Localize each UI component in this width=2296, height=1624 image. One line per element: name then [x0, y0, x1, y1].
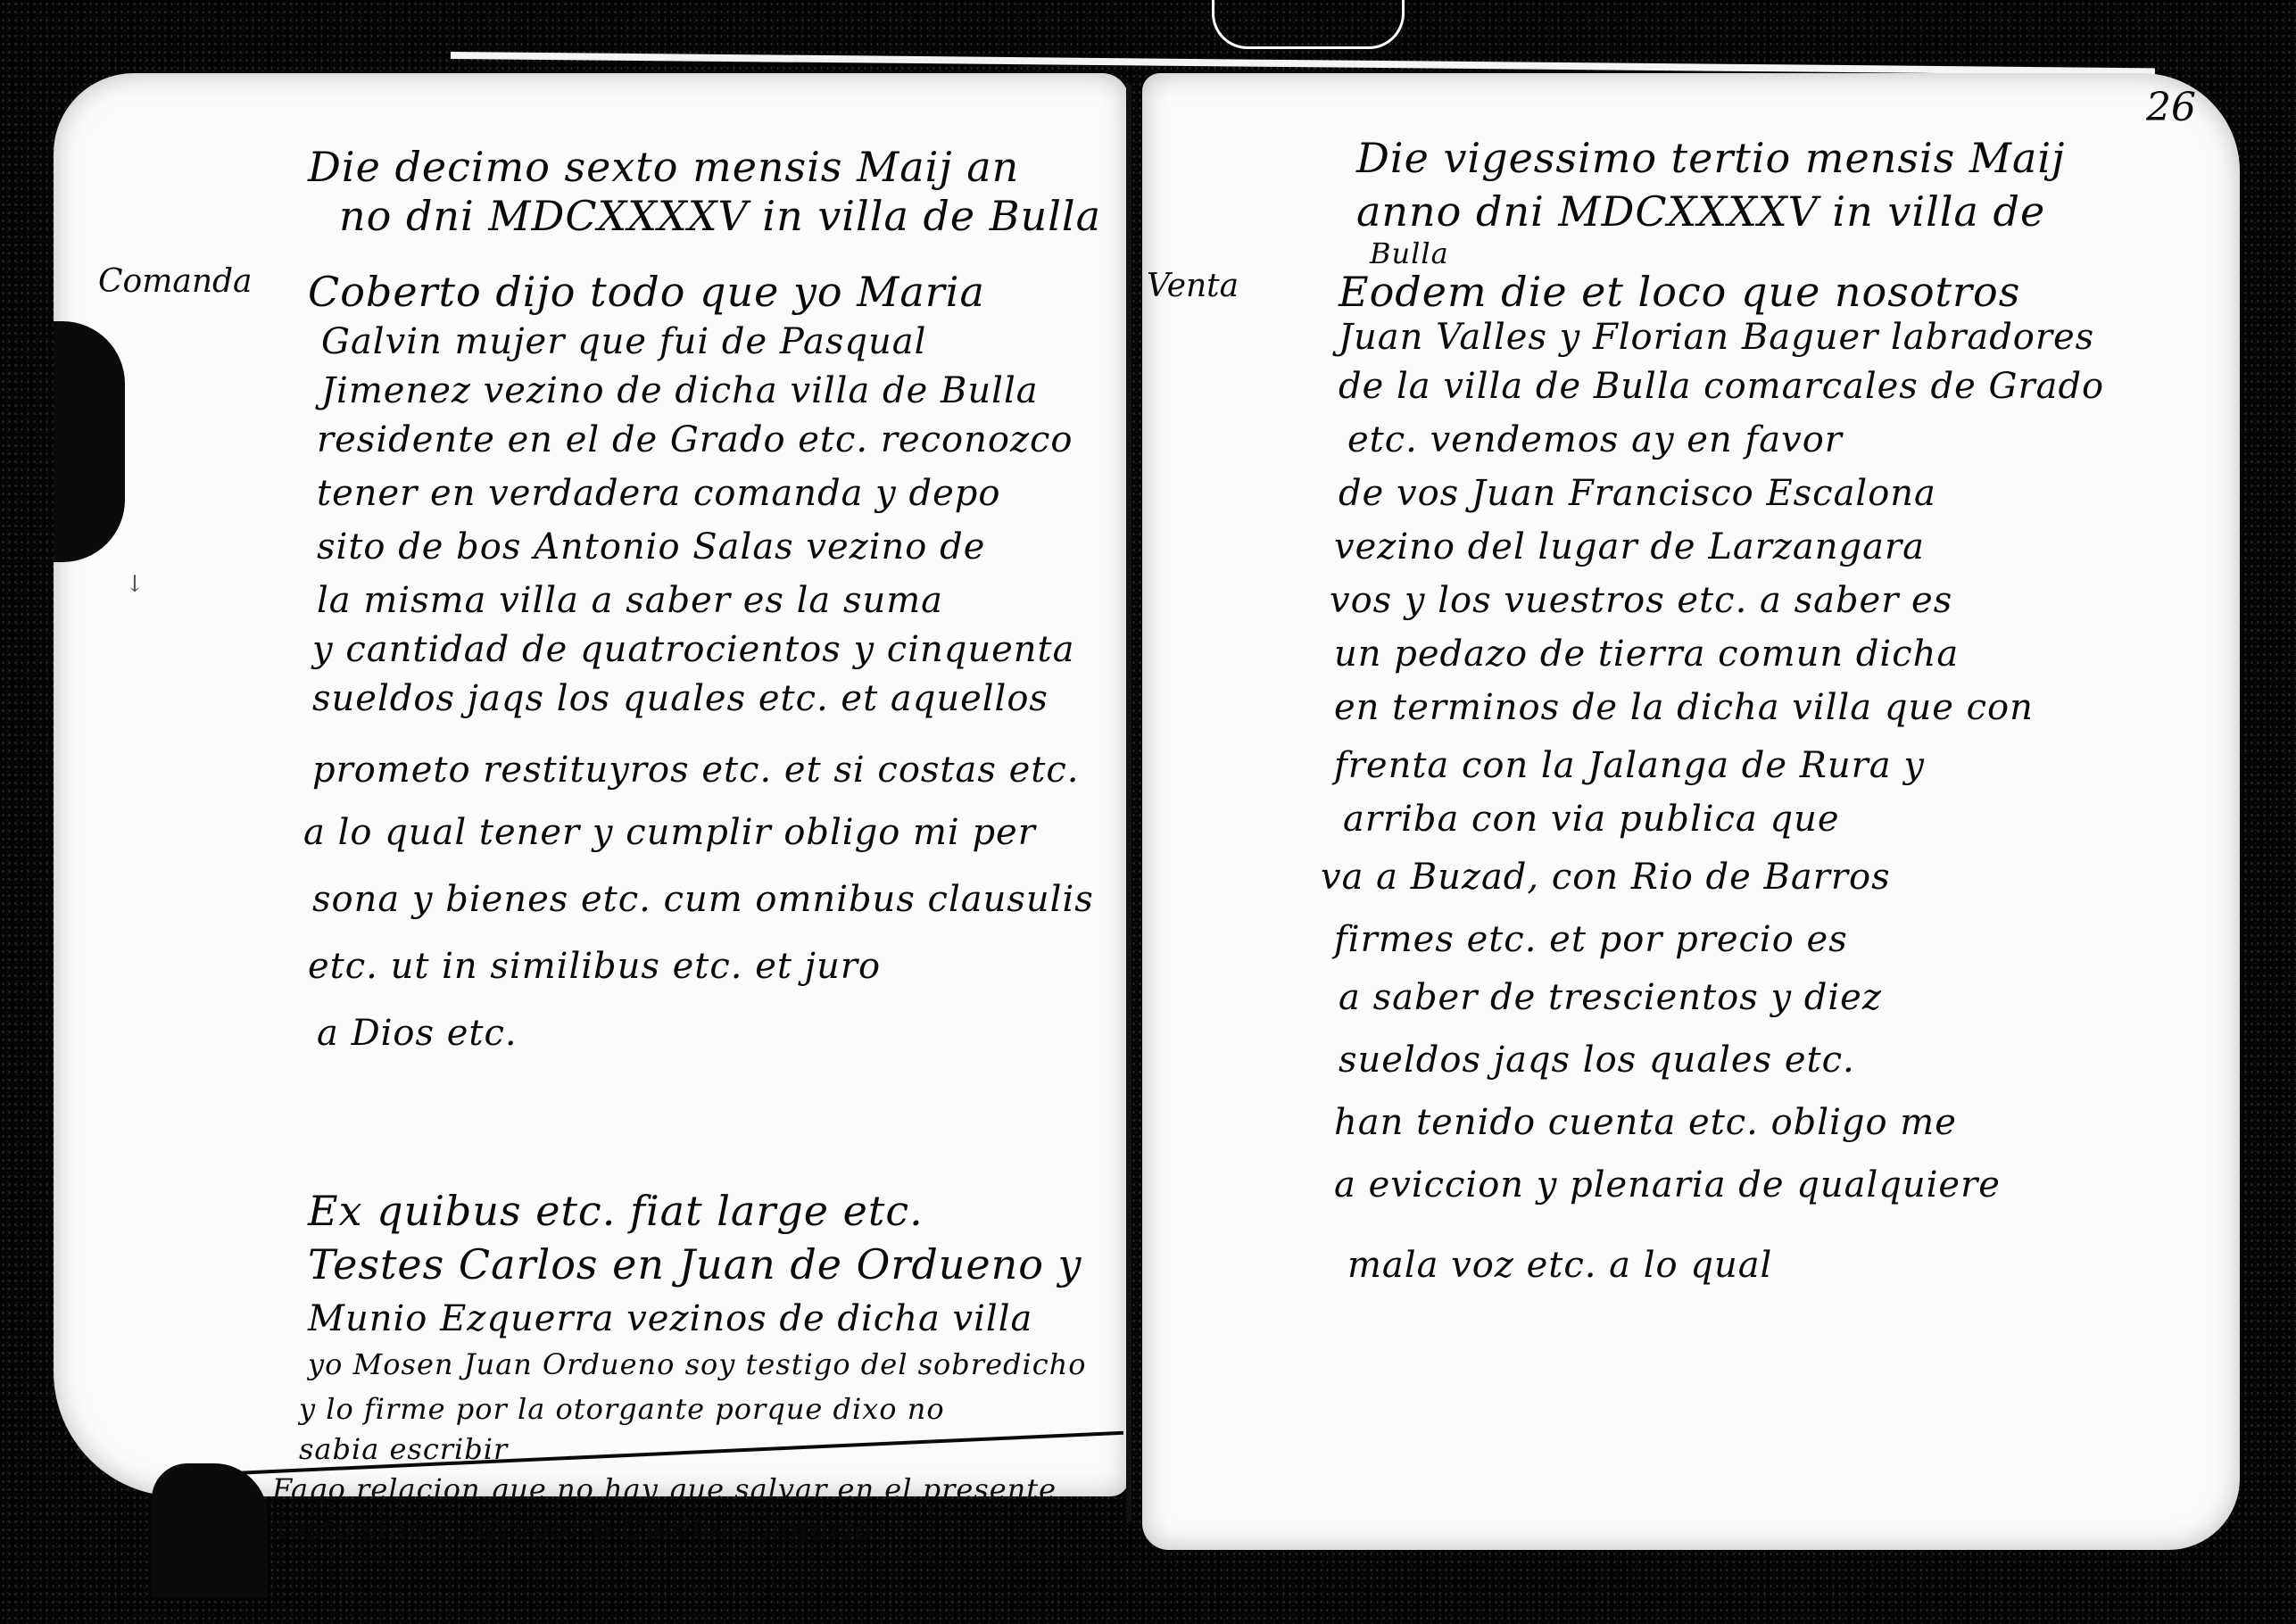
folio-number: 26	[2146, 85, 2196, 130]
left-body-line: residente en el de Grado etc. reconozco	[317, 419, 1073, 460]
left-footer-line: testo sino ... Gregorio Cuellero notario	[277, 1512, 872, 1546]
margin-note-venta: Venta	[1147, 268, 1239, 304]
left-footer-line: Fago relacion que no hay que salvar en e…	[272, 1472, 1057, 1506]
right-body-line: vos y los vuestros etc. a saber es	[1330, 580, 1952, 621]
left-witness-line: Ex quibus etc. fiat large etc.	[308, 1187, 924, 1235]
right-body-line: frenta con la Jalanga de Rura y	[1334, 745, 1925, 786]
left-body-line: a lo qual tener y cumplir obligo mi per	[303, 812, 1036, 853]
right-body-line: a eviccion y plenaria de qualquiere	[1334, 1164, 2001, 1206]
left-witness-line: Munio Ezquerra vezinos de dicha villa	[308, 1298, 1032, 1339]
left-heading-line-2: no dni MDCXXXXV in villa de Bulla	[339, 192, 1101, 240]
left-heading-line-1: Die decimo sexto mensis Maij an	[308, 143, 1019, 191]
left-witness-line: yo Mosen Juan Ordueno soy testigo del so…	[308, 1347, 1087, 1381]
right-heading-line-2: anno dni MDCXXXXV in villa de	[1356, 187, 2045, 236]
right-body-line: un pedazo de tierra comun dicha	[1334, 634, 1959, 675]
right-body-line: vezino del lugar de Larzangara	[1334, 526, 1925, 568]
right-body-line: firmes etc. et por precio es	[1334, 919, 1848, 960]
right-body-line: Eodem die et loco que nosotros	[1339, 268, 2020, 316]
margin-note-comanda: Comanda	[98, 263, 253, 300]
left-body-line: a Dios etc.	[317, 1013, 518, 1054]
left-edge-damage	[54, 321, 125, 562]
right-body-line: arriba con via publica que	[1343, 799, 1840, 840]
right-body-line: Juan Valles y Florian Baguer labradores	[1339, 317, 2094, 358]
left-body-line: sona y bienes etc. cum omnibus clausulis	[312, 879, 1094, 920]
right-body-line: sueldos jaqs los quales etc.	[1339, 1040, 1855, 1081]
right-body-line: han tenido cuenta etc. obligo me	[1334, 1102, 1957, 1143]
book-gutter	[1126, 85, 1131, 1521]
right-body-line: en terminos de la dicha villa que con	[1334, 687, 2034, 728]
right-heading-line-1: Die vigessimo tertio mensis Maij	[1356, 134, 2065, 182]
right-body-line: de la villa de Bulla comarcales de Grado	[1339, 366, 2104, 407]
left-witness-line: Testes Carlos en Juan de Ordueno y	[308, 1240, 1082, 1288]
right-body-line: va a Buzad, con Rio de Barros	[1321, 857, 1891, 898]
right-body-line: etc. vendemos ay en favor	[1347, 419, 1843, 460]
left-body-line: Galvin mujer que fui de Pasqual	[321, 321, 926, 362]
right-heading-line-3: Bulla	[1370, 236, 1449, 270]
left-body-line: sito de bos Antonio Salas vezino de	[317, 526, 985, 568]
left-witness-line: y lo firme por la otorgante porque dixo …	[299, 1392, 945, 1426]
left-body-line: sueldos jaqs los quales etc. et aquellos	[312, 678, 1049, 719]
left-body-line: prometo restituyros etc. et si costas et…	[312, 750, 1079, 791]
bottom-left-damage	[152, 1463, 268, 1597]
left-body-line: Jimenez vezino de dicha villa de Bulla	[321, 370, 1039, 411]
left-body-line: etc. ut in similibus etc. et juro	[308, 946, 881, 987]
left-body-line: Coberto dijo todo que yo Maria	[308, 268, 985, 316]
right-body-line: de vos Juan Francisco Escalona	[1339, 473, 1936, 514]
margin-mark: ↓	[125, 571, 145, 598]
left-body-line: tener en verdadera comanda y depo	[317, 473, 1000, 514]
right-body-line: mala voz etc. a lo qual	[1347, 1245, 1772, 1286]
left-body-line: y cantidad de quatrocientos y cinquenta	[312, 629, 1074, 670]
left-body-line: la misma villa a saber es la suma	[317, 580, 943, 621]
book-clasp	[1212, 0, 1405, 49]
right-body-line: a saber de trescientos y diez	[1339, 977, 1882, 1018]
